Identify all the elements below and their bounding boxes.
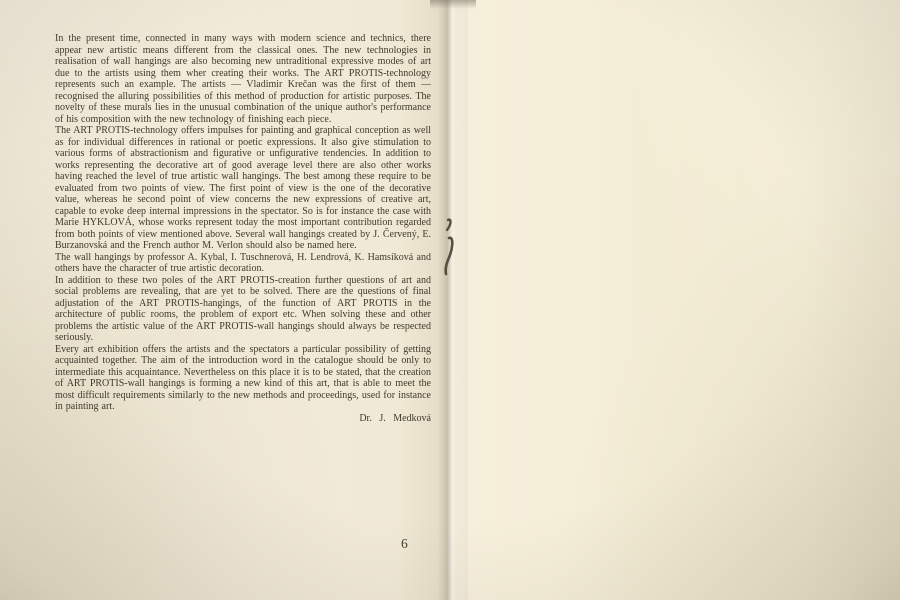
book-spread: In the present time, connected in many w… xyxy=(0,0,900,600)
page-right: В настоящее время, тесно связанное многи… xyxy=(450,0,900,600)
paragraph: In the present time, connected in many w… xyxy=(55,33,431,125)
staple-icon xyxy=(438,216,460,282)
paragraph: Every art exhibition offers the artists … xyxy=(55,344,431,413)
paragraph: The ART PROTIS-technology offers impulse… xyxy=(55,125,431,252)
page-left-text: In the present time, connected in many w… xyxy=(55,33,431,424)
page-number-left: 6 xyxy=(401,536,408,552)
paragraph: The wall hangings by professor A. Kybal,… xyxy=(55,252,431,275)
signature-left: Dr. J. Medková xyxy=(55,413,431,425)
page-left: In the present time, connected in many w… xyxy=(0,0,450,600)
paragraph: In addition to these two poles of the AR… xyxy=(55,275,431,344)
